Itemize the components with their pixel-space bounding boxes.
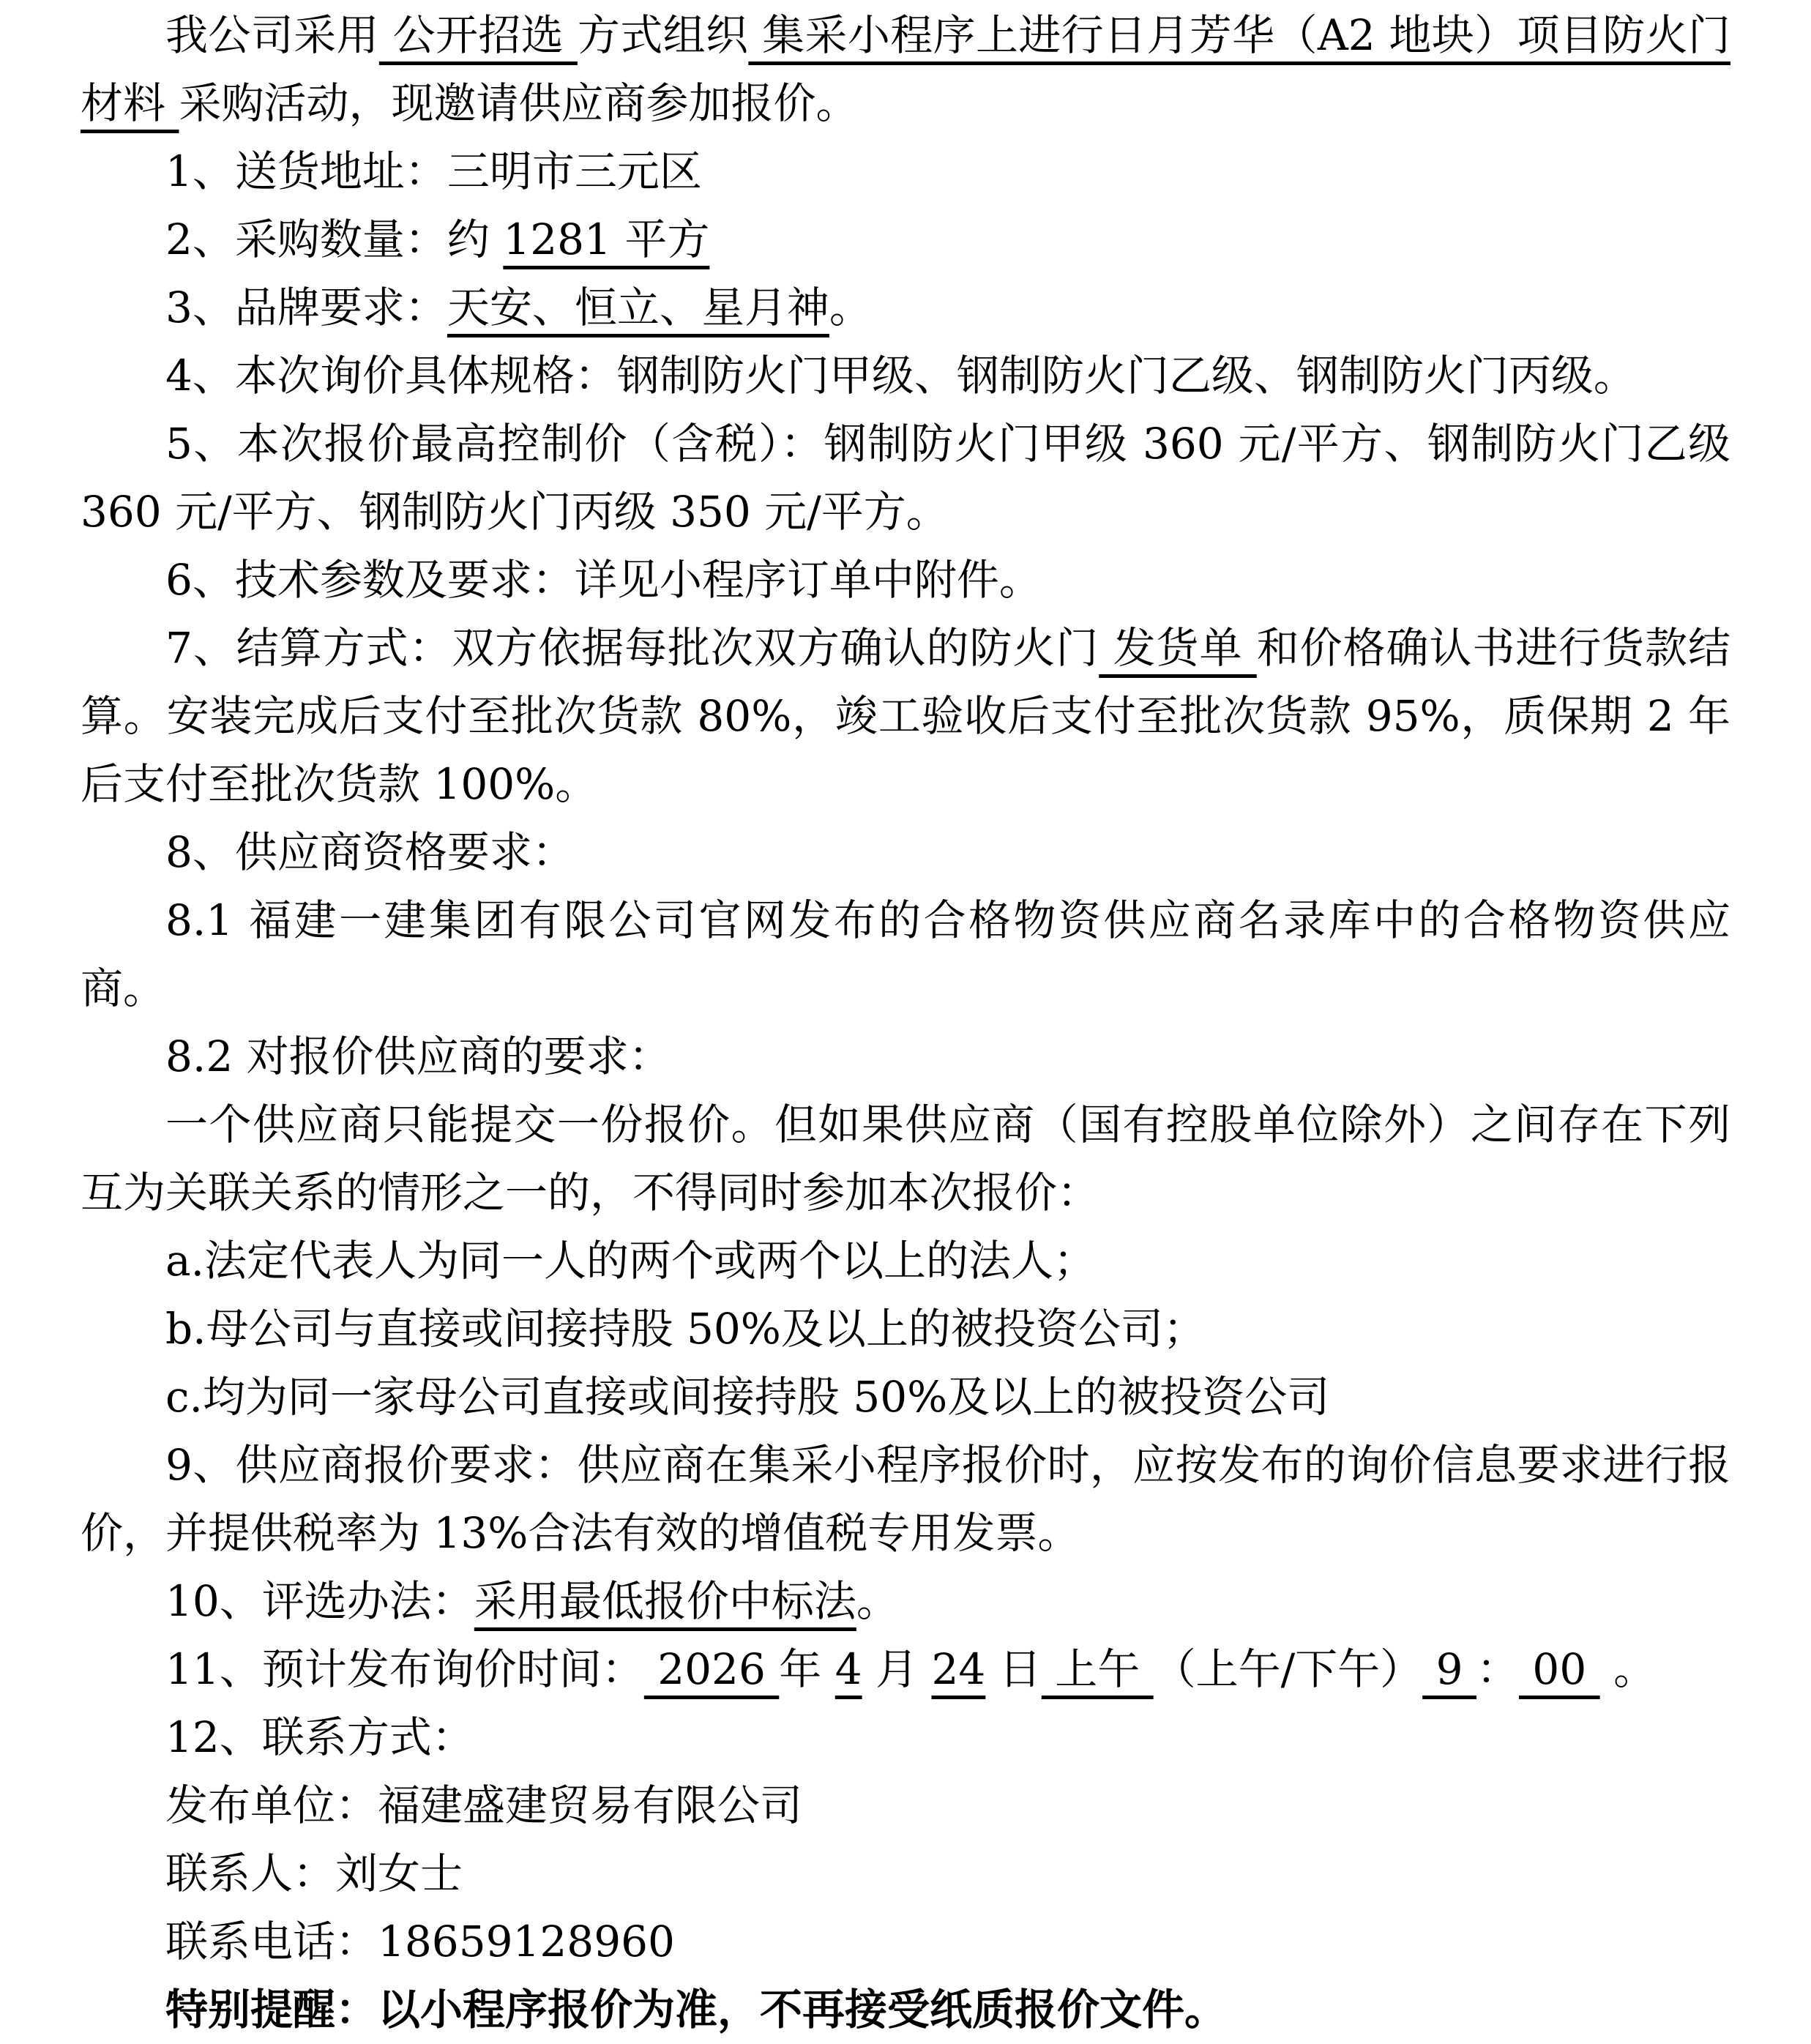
text-run: （上午/下午）: [1154, 1644, 1423, 1694]
text-run: 12、联系方式：: [165, 1712, 474, 1762]
intro-paragraph: 我公司采用 公开招选 方式组织 集采小程序上进行日月芳华（A2 地块）项目防火门…: [81, 1, 1730, 138]
underlined-text-run: 发货单: [1099, 623, 1257, 673]
text-run: 1、送货地址：三明市三元区: [165, 146, 702, 196]
underlined-text-run: 公开招选: [379, 10, 578, 60]
related-party-a: a.法定代表人为同一人的两个或两个以上的法人；: [81, 1227, 1730, 1295]
text-run: 方式组织: [578, 10, 748, 60]
document-body: 我公司采用 公开招选 方式组织 集采小程序上进行日月芳华（A2 地块）项目防火门…: [81, 1, 1730, 2044]
item-1-delivery-address: 1、送货地址：三明市三元区: [81, 138, 1730, 206]
item-10-evaluation: 10、评选办法：采用最低报价中标法。: [81, 1567, 1730, 1635]
underlined-text-run: 1281 平方: [503, 215, 709, 264]
text-run: 11、预计发布询价时间：: [165, 1644, 644, 1694]
text-run: 。: [1600, 1644, 1656, 1694]
text-run: a.法定代表人为同一人的两个或两个以上的法人；: [165, 1236, 1096, 1286]
text-run: 发布单位：福建盛建贸易有限公司: [165, 1780, 802, 1830]
text-run: 联系电话：18659128960: [165, 1917, 675, 1966]
underlined-text-run: 2026: [644, 1644, 779, 1694]
text-run: 8.2 对报价供应商的要求：: [165, 1032, 671, 1081]
text-run: 8.1 福建一建集团有限公司官网发布的合格物资供应商名录库中的合格物资供应商。: [81, 895, 1730, 1013]
text-run: 8、供应商资格要求：: [165, 827, 575, 877]
text-run: ：: [1476, 1644, 1519, 1694]
related-party-c: c.均为同一家母公司直接或间接持股 50%及以上的被投资公司: [81, 1363, 1730, 1431]
underlined-text-run: 上午: [1042, 1644, 1154, 1694]
underlined-text-run: 9: [1422, 1644, 1476, 1694]
item-5-price-cap: 5、本次报价最高控制价（含税）：钢制防火门甲级 360 元/平方、钢制防火门乙级…: [81, 410, 1730, 546]
item-8-1: 8.1 福建一建集团有限公司官网发布的合格物资供应商名录库中的合格物资供应商。: [81, 887, 1730, 1023]
item-6-technical-params: 6、技术参数及要求：详见小程序订单中附件。: [81, 546, 1730, 614]
item-3-brands: 3、品牌要求：天安、恒立、星月神。: [81, 274, 1730, 342]
text-run: 2、采购数量：约: [165, 215, 503, 264]
underlined-text-run: 天安、恒立、星月神: [447, 283, 829, 332]
item-4-specifications: 4、本次询价具体规格：钢制防火门甲级、钢制防火门乙级、钢制防火门丙级。: [81, 342, 1730, 410]
item-11-schedule: 11、预计发布询价时间： 2026 年 4 月 24 日 上午 （上午/下午） …: [81, 1635, 1730, 1704]
text-run: c.均为同一家母公司直接或间接持股 50%及以上的被投资公司: [165, 1372, 1329, 1422]
related-party-b: b.母公司与直接或间接持股 50%及以上的被投资公司；: [81, 1295, 1730, 1363]
bold-text-run: 特别提醒：以小程序报价为准，不再接受纸质报价文件。: [165, 1985, 1227, 2034]
text-run: 日: [985, 1644, 1041, 1694]
item-2-quantity: 2、采购数量：约 1281 平方: [81, 206, 1730, 274]
item-8-qualification: 8、供应商资格要求：: [81, 818, 1730, 887]
text-run: 采购活动，现邀请供应商参加报价。: [179, 78, 858, 128]
item-8-2: 8.2 对报价供应商的要求：: [81, 1023, 1730, 1091]
underlined-text-run: 24: [932, 1644, 986, 1694]
text-run: b.母公司与直接或间接持股 50%及以上的被投资公司；: [165, 1304, 1206, 1354]
text-run: 我公司采用: [165, 10, 379, 60]
publisher: 发布单位：福建盛建贸易有限公司: [81, 1772, 1730, 1840]
text-run: 4、本次询价具体规格：钢制防火门甲级、钢制防火门乙级、钢制防火门丙级。: [165, 351, 1636, 400]
contact-phone: 联系电话：18659128960: [81, 1908, 1730, 1976]
text-run: 。: [856, 1576, 899, 1626]
special-reminder: 特别提醒：以小程序报价为准，不再接受纸质报价文件。: [81, 1976, 1730, 2044]
text-run: 5、本次报价最高控制价（含税）：钢制防火门甲级 360 元/平方、钢制防火门乙级…: [81, 419, 1744, 537]
underlined-text-run: 4: [835, 1644, 862, 1694]
item-12-contact: 12、联系方式：: [81, 1704, 1730, 1772]
text-run: 7、结算方式：双方依据每批次双方确认的防火门: [165, 623, 1099, 673]
document-page: 我公司采用 公开招选 方式组织 集采小程序上进行日月芳华（A2 地块）项目防火门…: [0, 0, 1811, 2044]
underlined-text-run: 采用最低报价中标法: [474, 1576, 856, 1626]
text-run: 10、评选办法：: [165, 1576, 474, 1626]
text-run: 一个供应商只能提交一份报价。但如果供应商（国有控股单位除外）之间存在下列互为关联…: [81, 1100, 1730, 1217]
text-run: 。: [829, 283, 872, 332]
text-run: 联系人：刘女士: [165, 1849, 463, 1898]
underlined-text-run: 00: [1519, 1644, 1600, 1694]
text-run: 9、供应商报价要求：供应商在集采小程序报价时，应按发布的询价信息要求进行报价，并…: [81, 1440, 1730, 1558]
item-9-quote-requirements: 9、供应商报价要求：供应商在集采小程序报价时，应按发布的询价信息要求进行报价，并…: [81, 1431, 1730, 1567]
contact-person: 联系人：刘女士: [81, 1840, 1730, 1908]
item-7-settlement: 7、结算方式：双方依据每批次双方确认的防火门 发货单 和价格确认书进行货款结算。…: [81, 614, 1730, 818]
related-party-intro: 一个供应商只能提交一份报价。但如果供应商（国有控股单位除外）之间存在下列互为关联…: [81, 1091, 1730, 1227]
text-run: 3、品牌要求：: [165, 283, 447, 332]
text-run: 月: [862, 1644, 932, 1694]
text-run: 6、技术参数及要求：详见小程序订单中附件。: [165, 555, 1042, 605]
text-run: 年: [779, 1644, 834, 1694]
